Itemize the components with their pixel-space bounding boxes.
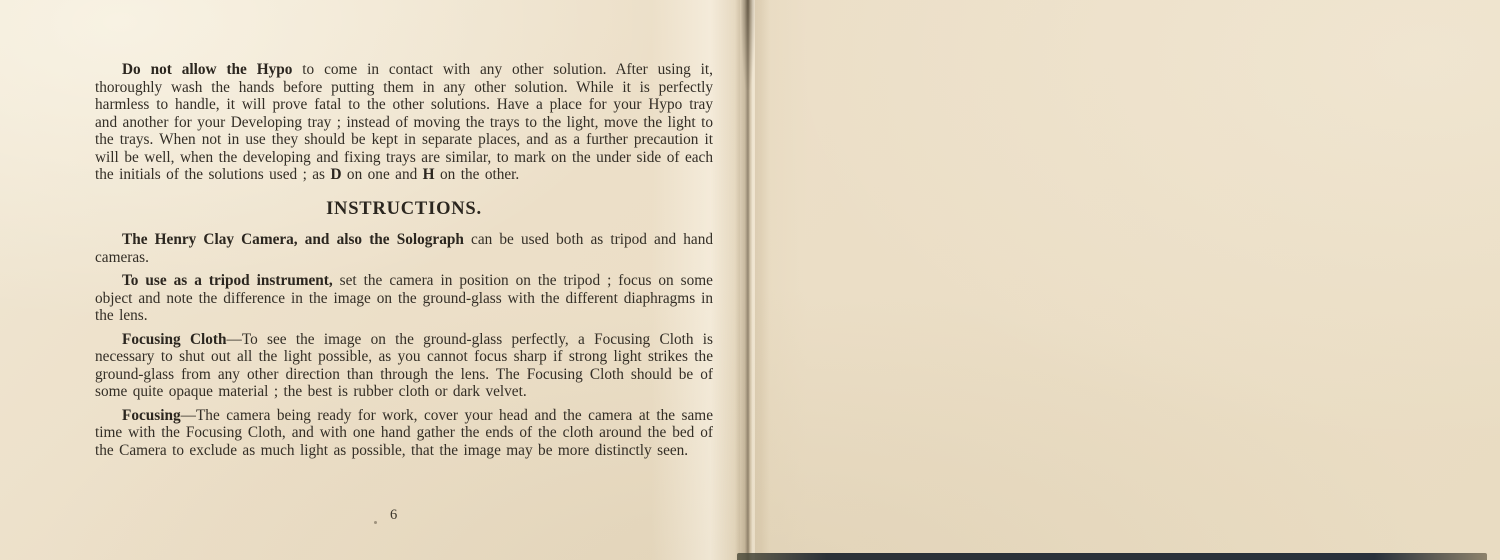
page-right: Do not try to look through the ground-gl… bbox=[755, 0, 1500, 560]
scan-artifact-dot bbox=[374, 521, 377, 524]
paragraph-focusing: Focusing—The camera being ready for work… bbox=[95, 407, 713, 460]
paragraph-focusing-cloth: Focusing Cloth—To see the image on the g… bbox=[95, 331, 713, 401]
page-number-left: 6 bbox=[390, 507, 397, 524]
book-scan: Do not allow the Hypo to come in contact… bbox=[0, 0, 1500, 560]
paragraph-henry-clay-camera: The Henry Clay Camera, and also the Solo… bbox=[95, 231, 713, 266]
paragraph-tripod-instrument: To use as a tripod instrument, set the c… bbox=[95, 272, 713, 325]
section-heading-instructions: INSTRUCTIONS. bbox=[95, 201, 713, 219]
left-text-column: Do not allow the Hypo to come in contact… bbox=[95, 61, 713, 459]
page-left: Do not allow the Hypo to come in contact… bbox=[0, 0, 740, 560]
scan-edge-shadow bbox=[737, 553, 1487, 560]
paragraph-hypo-warning: Do not allow the Hypo to come in contact… bbox=[95, 61, 713, 184]
